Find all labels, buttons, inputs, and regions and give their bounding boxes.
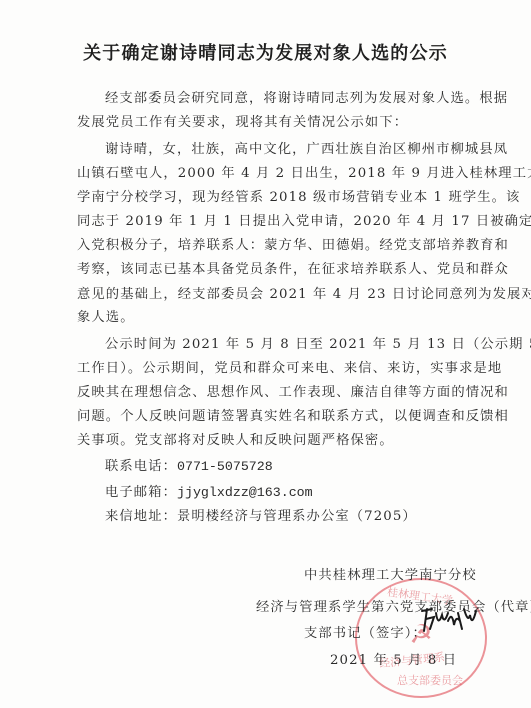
document-title: 关于确定谢诗晴同志为发展对象人选的公示 bbox=[0, 39, 531, 65]
stamp-bottom-text: 总支部委员会 bbox=[397, 672, 463, 688]
paragraph-3-line-3: 反映其在理想信念、思想作风、工作表现、廉洁自律等方面的情况和 bbox=[77, 385, 477, 401]
contact-phone: 联系电话：0771-5075728 bbox=[105, 459, 505, 475]
handwritten-signature bbox=[418, 605, 480, 635]
paragraph-2-line-2: 山镇石壁屯人，2000 年 4 月 2 日出生，2018 年 9 月进入桂林理工… bbox=[77, 166, 477, 182]
paragraph-1-line-2: 发展党员工作有关要求，现将其有关情况公示如下： bbox=[77, 115, 477, 131]
org-name-line-2: 经济与管理系学生第六党支部委员会（代章） bbox=[256, 600, 531, 616]
paragraph-2-line-4: 同志于 2019 年 1 月 1 日提出入党申请，2020 年 4 月 17 日… bbox=[77, 214, 477, 230]
paragraph-2-line-8: 象人选。 bbox=[77, 310, 477, 326]
mail-address: 景明楼经济与管理系办公室（7205） bbox=[177, 509, 417, 524]
paragraph-2-line-1: 谢诗晴，女，壮族，高中文化，广西壮族自治区柳州市柳城县凤 bbox=[105, 142, 505, 158]
paragraph-2-line-6: 考察，该同志已基本具备党员条件，在征求培养联系人、党员和群众 bbox=[77, 262, 477, 278]
paragraph-1-line-1: 经支部委员会研究同意，将谢诗晴同志列为发展对象人选。根据 bbox=[105, 91, 505, 107]
paragraph-3-line-1: 公示时间为 2021 年 5 月 8 日至 2021 年 5 月 13 日（公示… bbox=[105, 337, 505, 353]
document-page: 关于确定谢诗晴同志为发展对象人选的公示 经支部委员会研究同意，将谢诗晴同志列为发… bbox=[0, 0, 531, 708]
phone-label: 联系电话： bbox=[105, 459, 177, 474]
address-label: 来信地址： bbox=[105, 509, 177, 524]
contact-address: 来信地址：景明楼经济与管理系办公室（7205） bbox=[105, 509, 505, 525]
paragraph-3-line-2: 工作日）。公示期间，党员和群众可来电、来信、来访，实事求是地 bbox=[77, 361, 477, 377]
phone-number: 0771-5075728 bbox=[177, 459, 273, 474]
paragraph-2-line-5: 入党积极分子，培养联系人：蒙方华、田德娟。经党支部培养教育和 bbox=[77, 238, 477, 254]
paragraph-3-line-5: 关事项。党支部将对反映人和反映问题严格保密。 bbox=[77, 433, 477, 449]
contact-email: 电子邮箱：jjyglxdzz@163.com bbox=[105, 485, 505, 501]
paragraph-3-line-4: 问题。个人反映问题请签署真实姓名和联系方式，以便调查和反馈相 bbox=[77, 409, 477, 425]
signature-date: 2021 年 5 月 8 日 bbox=[330, 653, 457, 669]
paragraph-2-line-7: 意见的基础上，经支部委员会 2021 年 4 月 23 日讨论同意列为发展对 bbox=[77, 287, 477, 303]
secretary-signature-label: 支部书记（签字）： bbox=[304, 626, 427, 642]
org-name-line-1: 中共桂林理工大学南宁分校 bbox=[304, 568, 477, 584]
paragraph-2-line-3: 学南宁分校学习，现为经管系 2018 级市场营销专业本 1 班学生。该 bbox=[77, 190, 477, 206]
email-label: 电子邮箱： bbox=[105, 485, 177, 500]
email-address: jjyglxdzz@163.com bbox=[177, 485, 313, 500]
